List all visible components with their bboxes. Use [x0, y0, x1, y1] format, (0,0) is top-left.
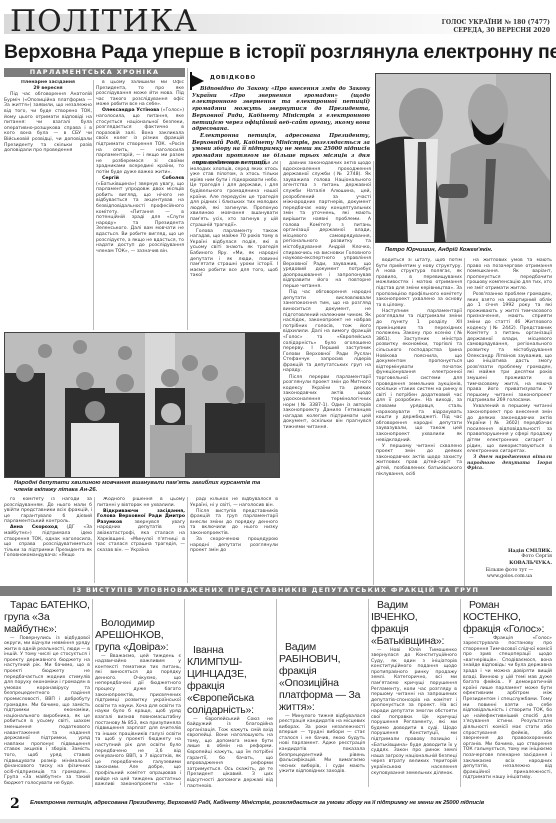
more-photos-link[interactable]: www.golos.com.ua: [467, 574, 552, 580]
speaker-heading: Іванна КЛИМПУШ-ЦИНЦАДЗЕ, фракція «Європе…: [187, 644, 273, 716]
article-paragraph: Під час обговорення народні депутати вис…: [283, 290, 371, 374]
portrait-photo-icon: [376, 74, 551, 243]
speaker-quote: — Вважаємо, цей тиждень є надзвичайно ва…: [95, 654, 181, 788]
article-text: звернувся увагу народних депутатів на ав…: [97, 520, 185, 553]
speaker-quote: — Нові Юлія Тимошенко звернулася до Конс…: [371, 648, 457, 777]
article-text: («Батьківщина») звернув увагу, що парлам…: [96, 182, 184, 254]
column-divider: [187, 497, 188, 583]
column-divider: [280, 161, 281, 329]
masthead: ПОЛІТИКА ГОЛОС УКРАЇНИ № 180 (7477) СЕРЕ…: [4, 6, 552, 36]
chronicle-column-1: Пленарне засідання 29 вересня Під час об…: [4, 80, 92, 330]
column-divider: [93, 80, 94, 330]
speaker-name: Анна Скороход: [10, 525, 58, 530]
speaker-heading: Вадим ІВЧЕНКО, фракція «Батьківщина»:: [371, 599, 457, 647]
article-paragraph: раді кількох не відбувалося в Україні, н…: [190, 497, 278, 508]
right-photo-caption: Петро Юрчишин, Андрій Кожем'якін.: [385, 247, 551, 254]
article-paragraph: Жодного рішення в цьому питанні у вівтор…: [97, 497, 185, 508]
center-photo-caption: Народні депутати хвилиною мовчання вшану…: [14, 480, 280, 494]
issue-info: ГОЛОС УКРАЇНИ № 180 (7477) СЕРЕДА, 30 ВЕ…: [442, 19, 550, 35]
photo-minute-of-silence: [4, 332, 280, 478]
speaker-name: Олександра Устінова: [102, 108, 159, 113]
below-photo-column-3: раді кількох не відбувалося в Україні, н…: [190, 497, 278, 583]
speaker-quote: — Європейський Союз не байдужий із благо…: [187, 717, 273, 788]
reference-paragraph: Відповідно до Закону «Про внесення змін …: [192, 86, 370, 133]
article-paragraph: У першому читанні схвалено проект змін д…: [376, 444, 462, 478]
session-date: 29 вересня: [4, 86, 92, 92]
speaker-quote: — Повернулись із відбудової округи, ми в…: [4, 636, 90, 787]
article-paragraph: Наступним парламентарії розглядали та пі…: [376, 309, 462, 443]
bottom-strip: [0, 819, 556, 823]
footer-tagline: Електронна петиція, адресована Президент…: [30, 800, 554, 806]
article-paragraph: Після виступів представників фракцій та …: [190, 509, 278, 537]
article-paragraph: Після перерви парламентарії розглянули п…: [283, 375, 371, 431]
article-text: (ДГ «За майбутнє») підтримала ідею створ…: [4, 525, 92, 558]
speakers-rubric: ІЗ ВИСТУПІВ УПОВНОВАЖЕНИХ ПРЕДСТАВНИКІВ …: [0, 586, 552, 596]
column-divider: [187, 68, 188, 330]
chronicle-rubric: ПАРЛАМЕНТСЬКА ХРОНІКА: [4, 68, 185, 77]
newspaper-page: ПОЛІТИКА ГОЛОС УКРАЇНИ № 180 (7477) СЕРЕ…: [0, 0, 556, 823]
photographer-credit: КОВАЛЬЧУКА.: [467, 560, 552, 566]
column-divider: [94, 497, 95, 583]
speaker-quote: — Минулого тижня відбувалася реєстрація …: [279, 714, 365, 776]
column-divider: [460, 599, 461, 787]
footer: [0, 789, 556, 823]
article-paragraph: Ухвалений в першому читанні законопроект…: [467, 404, 552, 454]
below-photo-column-2: Жодного рішення в цьому питанні у вівтор…: [97, 497, 185, 583]
speaker-column-batenko: Тарас БАТЕНКО, група «За майбутнє»: — По…: [4, 599, 90, 787]
page-headline: Верховна Рада уперше в історії розглянул…: [4, 40, 554, 64]
article-paragraph: трагедія 28 серпня... Трагедія 28 молоди…: [190, 161, 278, 228]
column-divider: [276, 599, 277, 787]
speaker-column-areshonkov: Володимир АРЕШОНКОВ, група «Довіра»: — В…: [95, 599, 181, 787]
issue-number: ГОЛОС УКРАЇНИ № 180 (7477): [442, 19, 550, 27]
article-paragraph: Розв'язанню проблем громадян, яких взято…: [467, 292, 552, 404]
issue-date: СЕРЕДА, 30 ВЕРЕСНЯ 2020: [442, 27, 550, 35]
reference-label: ДОВІДКОВО: [210, 75, 256, 81]
speaker-column-klympush: Іванна КЛИМПУШ-ЦИНЦАДЗЕ, фракція «Європе…: [187, 599, 273, 787]
section-title: ПОЛІТИКА: [10, 6, 198, 38]
article-paragraph: За скороченою процедурою народні депутат…: [190, 537, 278, 554]
speaker-column-ivchenko: Вадим ІВЧЕНКО, фракція «Батьківщина»: — …: [371, 599, 457, 787]
article-paragraph: в цьому залишили ми Офіс Президента, то …: [96, 80, 184, 108]
birthday-note: З днем народження вітали народного депут…: [467, 455, 552, 472]
speaker-heading: Тарас БАТЕНКО, група «За майбутнє»:: [4, 599, 90, 635]
credits: Надія СМІЛИК. Фото Сергія КОВАЛЬЧУКА. Бі…: [467, 548, 552, 580]
speaker-column-kostenko: Роман КОСТЕНКО, фракція «Голос»: — Фракц…: [463, 599, 552, 787]
photo-yurchyshyn-kozhemiakin: [375, 73, 551, 243]
speaker-heading: Вадим РАБІНОВИЧ, фракція «Опозиційна пла…: [279, 641, 365, 713]
reference-text: Відповідно до Закону «Про внесення змін …: [192, 86, 370, 166]
speaker-name: Сергій Соболєв: [102, 176, 184, 181]
group-photo-icon: [5, 333, 280, 478]
page-number: 2: [10, 796, 20, 812]
right-column-1: водиться зі штату, щоб потім бути прийня…: [376, 258, 462, 586]
article-paragraph: давних законодавчих актів щодо вдосконал…: [283, 161, 371, 290]
session-subhead: Пленарне засідання: [4, 80, 92, 86]
article-paragraph: го комітету із нагоди за розслідуванням.…: [4, 497, 92, 525]
right-column-2: на житлових умов та мають право на позач…: [467, 258, 552, 528]
article-text: («Голос») наголосила, що питання, яке ст…: [96, 108, 184, 175]
speaker-column-rabinovych: Вадим РАБІНОВИЧ, фракція «Опозиційна пла…: [279, 599, 365, 787]
column-divider: [184, 599, 185, 787]
speaker-heading: Роман КОСТЕНКО, фракція «Голос»:: [463, 599, 552, 635]
speaker-heading: Володимир АРЕШОНКОВ, група «Довіра»:: [95, 617, 181, 653]
chronicle-column-2: в цьому залишили ми Офіс Президента, то …: [96, 80, 184, 330]
column-divider: [92, 599, 93, 787]
column-divider: [368, 599, 369, 787]
article-paragraph: водиться зі штату, щоб потім бути прийня…: [376, 258, 462, 308]
column-divider: [373, 161, 374, 585]
middle-column-1: трагедія 28 серпня... Трагедія 28 молоди…: [190, 161, 278, 329]
article-paragraph: Голова парламенту також нагадав, що майж…: [190, 229, 278, 279]
speaker-quote: — Фракція «Голос» зареєструвала постанов…: [463, 636, 552, 781]
below-photo-column-1: го комітету із нагоди за розслідуванням.…: [4, 497, 92, 583]
article-paragraph: на житлових умов та мають право на позач…: [467, 258, 552, 292]
article-paragraph: Під час обговорення Анатолій Бурміч («Оп…: [4, 92, 92, 154]
middle-column-2: давних законодавчих актів щодо вдосконал…: [283, 161, 371, 585]
column-divider: [464, 258, 465, 586]
